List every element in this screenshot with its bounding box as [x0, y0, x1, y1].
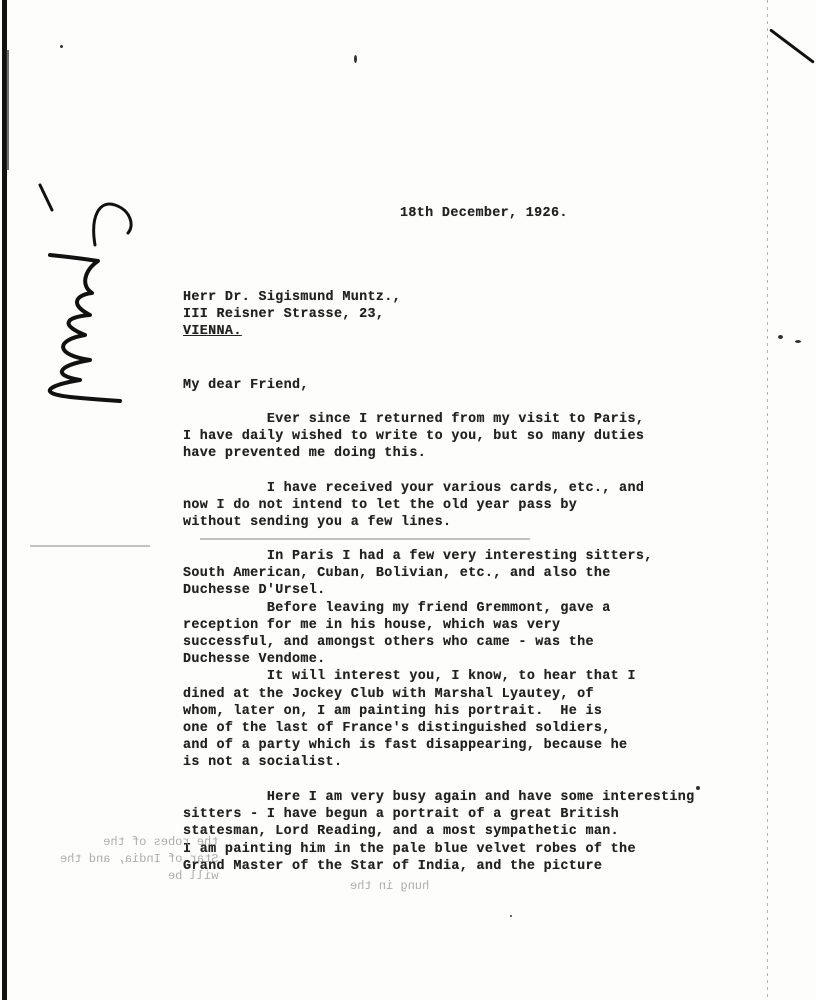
scan-edge-fragment	[6, 50, 9, 170]
letter-date: 18th December, 1926.	[400, 205, 568, 222]
bleed-line: Star of India, and the	[60, 852, 218, 866]
handwritten-annotation-icon	[30, 175, 150, 415]
recipient-street: III Reisner Strasse, 23,	[183, 307, 384, 322]
bleedthrough-text-lower: hung in the	[350, 878, 429, 895]
ink-speck	[795, 340, 801, 343]
ink-slash-mark	[769, 28, 815, 63]
letter-page: 18th December, 1926. Herr Dr. Sigismund …	[0, 0, 816, 1000]
ink-speck	[510, 915, 512, 917]
paragraph-1: Ever since I returned from my visit to P…	[183, 411, 644, 463]
scan-fold-line	[767, 0, 768, 1000]
bleed-line: will be	[168, 869, 218, 883]
recipient-address: Herr Dr. Sigismund Muntz., III Reisner S…	[183, 289, 401, 341]
bleed-line: the robes of the	[103, 835, 218, 849]
paragraph-4: Here I am very busy again and have some …	[183, 789, 695, 875]
ink-speck	[60, 45, 63, 48]
scan-smudge	[30, 545, 150, 547]
scan-smudge	[200, 538, 530, 540]
salutation: My dear Friend,	[183, 377, 309, 394]
ink-speck	[354, 55, 357, 63]
recipient-name: Herr Dr. Sigismund Muntz.,	[183, 290, 401, 305]
ink-speck	[696, 786, 700, 790]
recipient-city: VIENNA.	[183, 324, 242, 339]
ink-speck	[778, 335, 783, 339]
bleedthrough-text: the robes of the Star of India, and the …	[60, 834, 218, 885]
paragraph-3: In Paris I had a few very interesting si…	[183, 548, 653, 772]
paragraph-2: I have received your various cards, etc.…	[183, 480, 644, 532]
